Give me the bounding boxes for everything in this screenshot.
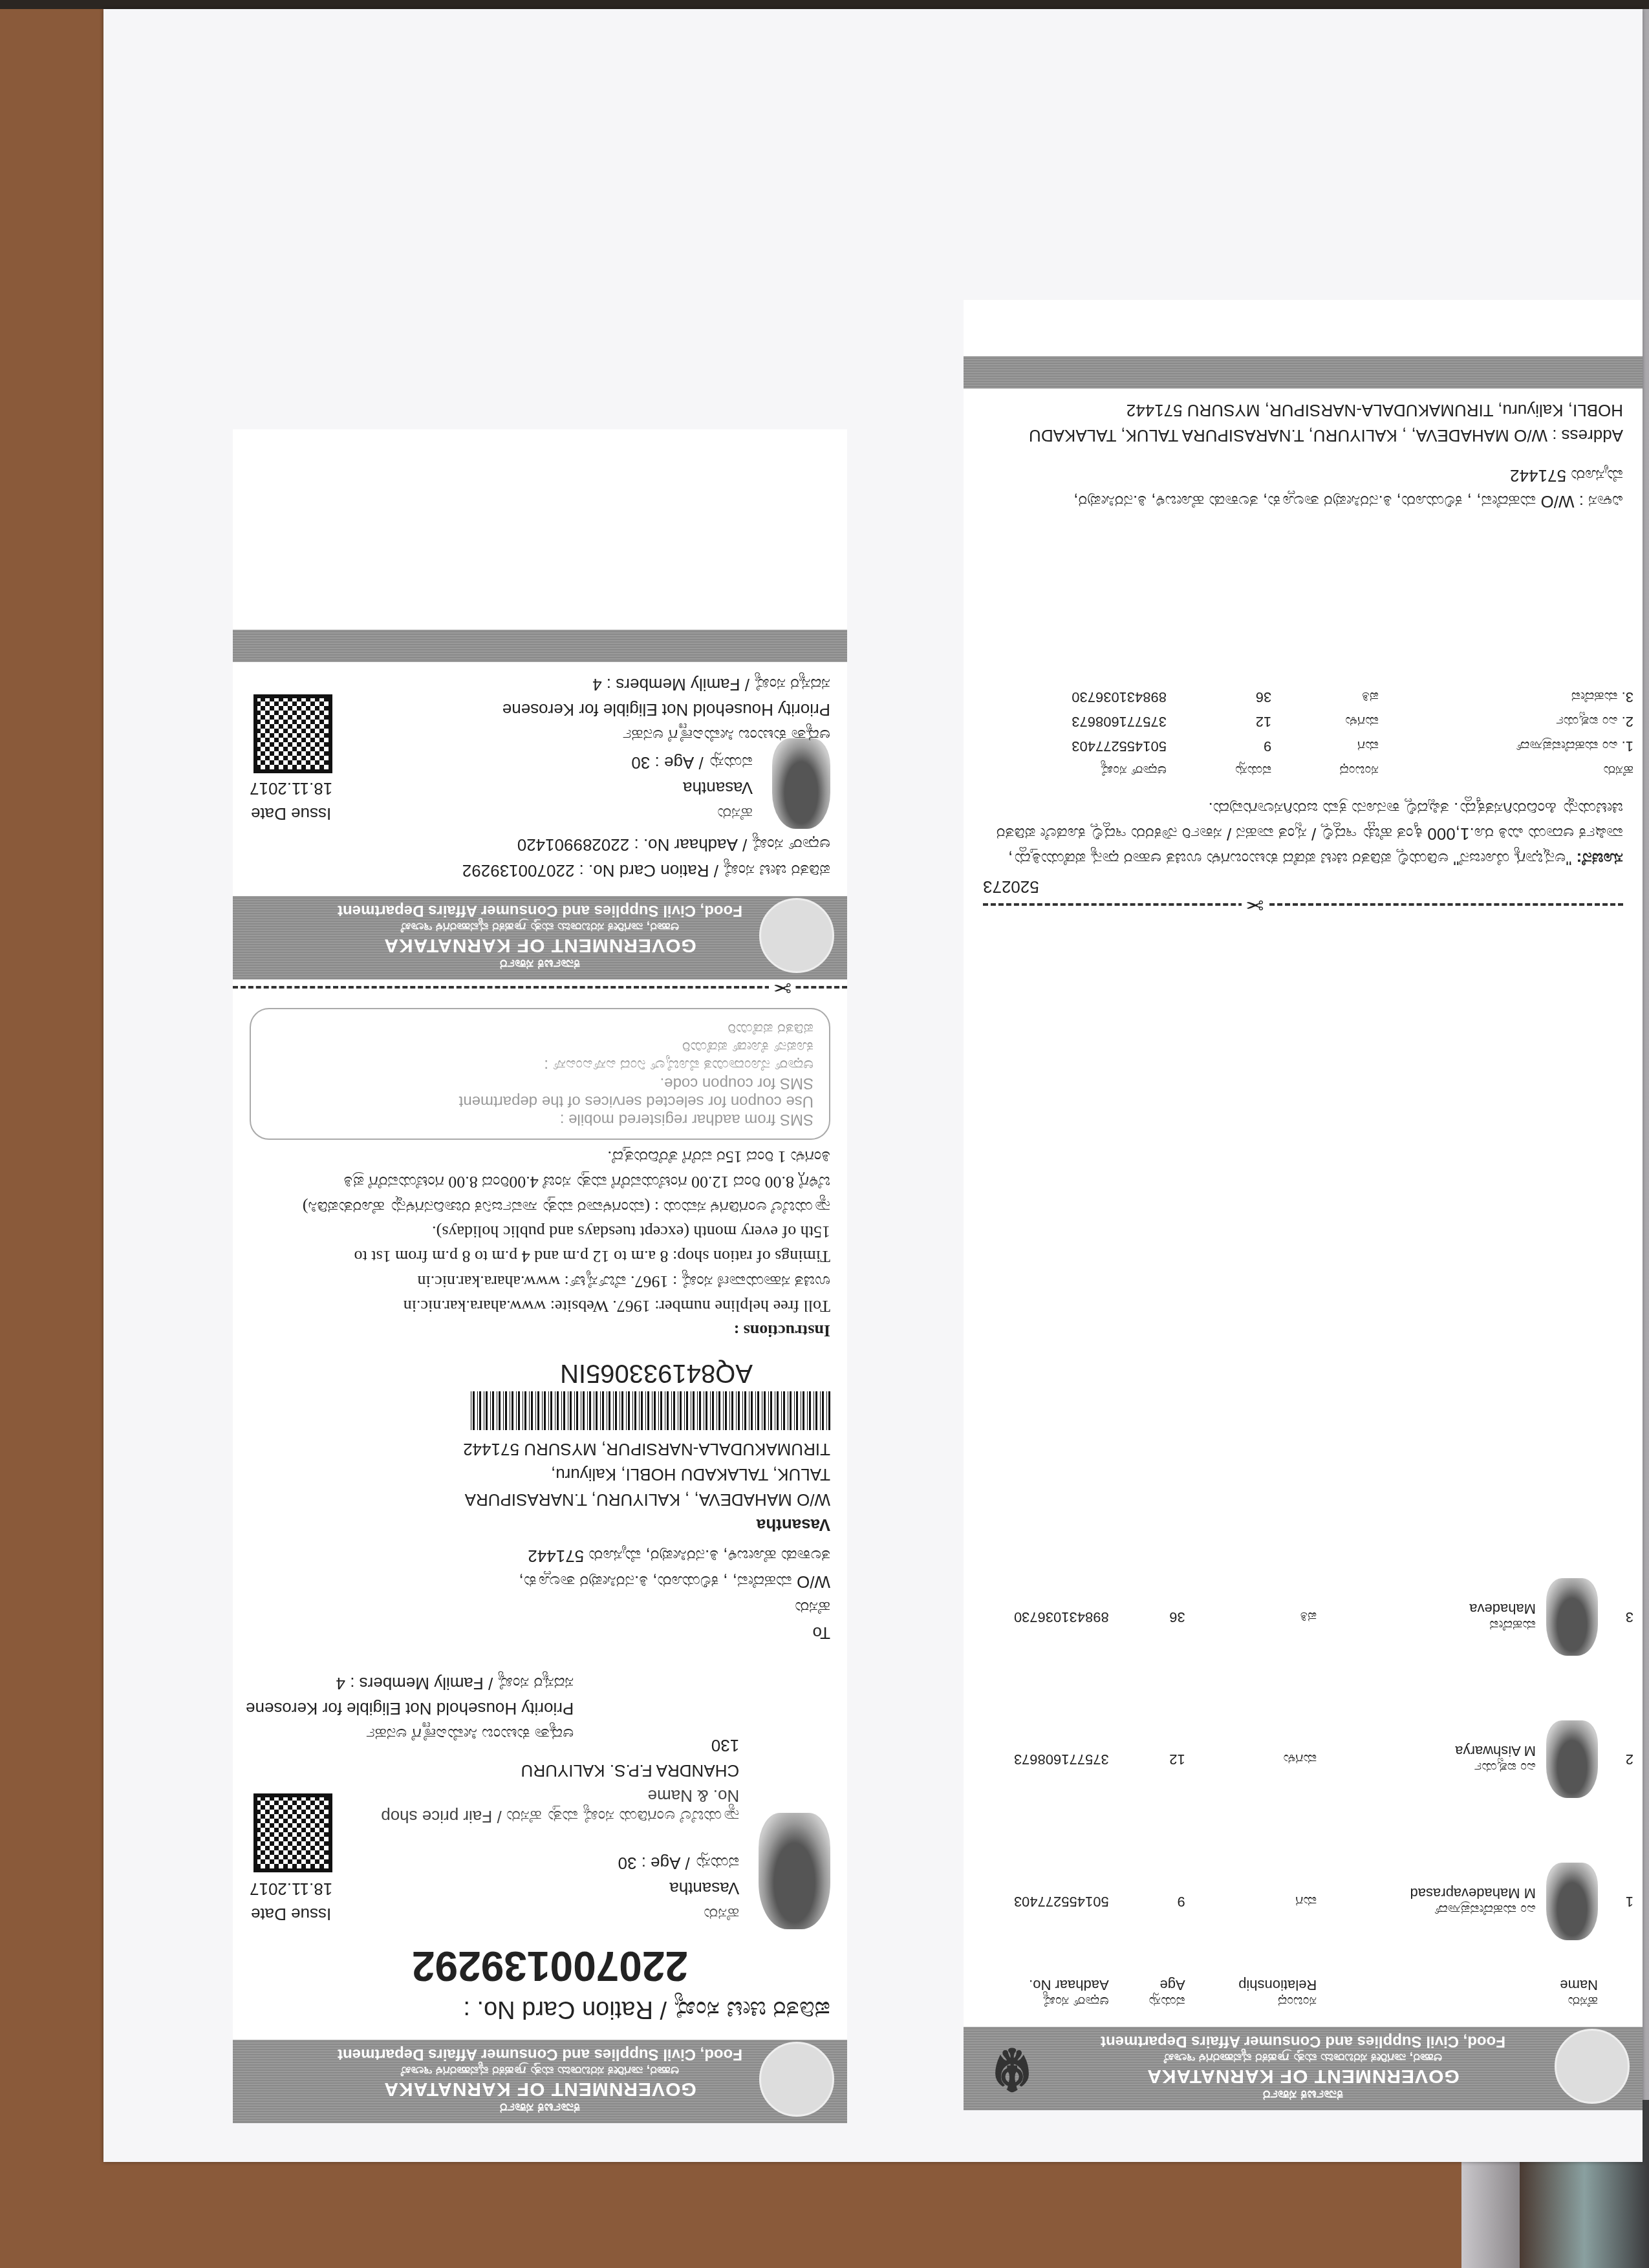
stub-age: 30 [631,753,650,773]
table-row: 1. ಎಂ ಮಹದೇವಪ್ರಸಾದ್ಮಗ9501455277403 [964,734,1643,758]
head-of-family-photo [759,1813,830,1929]
sms-note-box: SMS from aadhar registered mobile : Use … [250,1008,830,1140]
member-photo [1546,1578,1598,1656]
qr-code-icon [253,1793,332,1872]
member-name: 3. ಮಹದೇವ [1388,685,1643,709]
address-en-line2: TALUK, TALAKADU HOBLI, Kaliyuru, [250,1464,830,1484]
timings-kn-line1: ನ್ಯಾಯಬೆಲೆ ಅಂಗಡಿಗಳ ಸಮಯ : (ಮಂಗಳವಾರ ಮತ್ತು ಸ… [250,1197,830,1217]
table-row: 2ಎಂ ಐಶ್ವರ್ಯM Aishwaryaಮಗಳು12375771608673 [964,1688,1643,1830]
column-header: ಹೆಸರುName [1326,1973,1607,2014]
scissors-icon: ✂ [1242,892,1268,917]
stub-header-state-kn: ಕರ್ನಾಟಕ ಸರ್ಕಾರ [233,956,847,979]
header-dept-en: Food, Civil Supplies and Consumer Affair… [233,2040,847,2063]
stub-header-band: ಕರ್ನಾಟಕ ಸರ್ಕಾರ GOVERNMENT OF KARNATAKA ಆ… [233,896,847,979]
family-members-count: 4 [336,1674,345,1693]
letter-members-table: ಹೆಸರುಸಂಬಂಧವಯಸ್ಸುಆಧಾರ್ ಸಂಖ್ಯೆ 1. ಎಂ ಮಹದೇವ… [964,685,1643,783]
ration-card-mailer: ಕರ್ನಾಟಕ ಸರ್ಕಾರ GOVERNMENT OF KARNATAKA ಆ… [233,429,847,2123]
column-header: ಹೆಸರು [1388,758,1643,783]
members-header-dept-kn: ಆಹಾರ, ನಾಗರೀಕ ಸರಬರಾಜು ಮತ್ತು ಗ್ರಾಹಕರ ವ್ಯವಹ… [964,2050,1643,2065]
member-photo [1546,1720,1598,1798]
timings-kn-line3: ತಿಂಗಳು 1 ರಿಂದ 15ರ ವರೆಗೆ ತೆರೆದಿರುತ್ತದೆ. [250,1146,830,1166]
mailing-block: To ಹೆಸರು W/O ಮಹದೇವ, , ಕಲಿಯೂರು, ತಿ.ನರಸೀಪು… [233,1352,847,1654]
stub-name-label: ಹೆಸರು [631,803,753,824]
age: 12 [1176,709,1280,734]
aadhaar-number: 375771608673 [964,709,1176,734]
timings-en-line1: Timings of ration shop: 8 a.m to 12 p.m … [250,1246,830,1266]
age: 9 [1118,1830,1194,1973]
member-name-en: M Mahadevaprasad [1410,1885,1536,1901]
aadhaar-number: 501455277403 [964,1830,1118,1973]
scanned-document: ಕರ್ನಾಟಕ ಸರ್ಕಾರ GOVERNMENT OF KARNATAKA ಆ… [0,0,1649,2268]
header-state-en: GOVERNMENT OF KARNATAKA [233,2078,847,2100]
letter-address-en-line2: HOBLI, Kaliyuru, TIRUMAKUDALA-NARSIPUR, … [983,400,1623,420]
card-holder-name: Vasantha [352,1878,739,1898]
header-dept-kn: ಆಹಾರ, ನಾಗರೀಕ ಸರಬರಾಜು ಮತ್ತು ಗ್ರಾಹಕರ ವ್ಯವಹ… [233,2063,847,2078]
to-label: To [250,1623,830,1643]
table-row: 3. ಮಹದೇವಪತಿ36898431036730 [964,685,1643,709]
relationship: ಪತಿ [1280,685,1388,709]
family-members-label: ಸದಸ್ಯರ ಸಂಖ್ಯೆ / Family Members : [350,1674,574,1693]
letter-members-header: ಹೆಸರುಸಂಬಂಧವಯಸ್ಸುಆಧಾರ್ ಸಂಖ್ಯೆ [964,758,1643,783]
header-state-kn: ಕರ್ನಾಟಕ ಸರ್ಕಾರ [233,2100,847,2123]
members-table: ಹೆಸರುNameಸಂಬಂಧRelationshipವಯಸ್ಸುAgeಆಧಾರ್… [964,1546,1643,2014]
aadhaar-number: 375771608673 [964,1688,1118,1830]
address-en-line1: W/O MAHADEVA, , KALIYURU, T.NARASIPURA [250,1490,830,1510]
timings-kn-line2: ಬೆಳಿಗ್ಗೆ 8.00 ರಿಂದ 12.00 ಗಂಟೆಯವರೆಗೆ ಮತ್ತ… [250,1171,830,1192]
scanner-edge [0,0,1649,9]
member-name: 1. ಎಂ ಮಹದೇವಪ್ರಸಾದ್ [1388,734,1643,758]
serial-number: 1 [1607,1830,1643,1973]
stub-issue-date-label: Issue Date [250,804,332,824]
aadhaar-number: 501455277403 [964,734,1176,758]
column-header-en: Age [1127,1976,1185,1993]
member-name-kn: ಎಂ ಐಶ್ವರ್ಯ [1455,1759,1536,1776]
relationship: ಪತಿ [1194,1546,1326,1688]
column-header-kn: ಆಧಾರ್ ಸಂಖ್ಯೆ [973,1993,1109,2010]
postal-barcode-icon [468,1391,830,1430]
stub-ration-card-label: ಪಡಿತರ ಚೀಟಿ ಸಂಖ್ಯೆ / Ration Card No. : [579,861,830,881]
address-kn-line2: ತಲಕಾಡು ಹೋಬಳಿ, ತಿ.ನರಸೀಪುರ, ಮೈಸೂರು 571442 [250,1545,830,1566]
aadhaar-number: 898431036730 [964,1546,1118,1688]
column-header: ಆಧಾರ್ ಸಂಖ್ಯೆ [964,758,1176,783]
stub-header-dept-kn: ಆಹಾರ, ನಾಗರೀಕ ಸರಬರಾಜು ಮತ್ತು ಗ್ರಾಹಕರ ವ್ಯವಹ… [233,919,847,934]
department-logo-icon [759,2042,834,2117]
issue-date-label: Issue Date [250,1904,332,1924]
members-header-dept-en: Food, Civil Supplies and Consumer Affair… [964,2027,1643,2050]
members-header-state-en: GOVERNMENT OF KARNATAKA [964,2065,1643,2087]
letter-address-block: ವಿಳಾಸ : W/O ಮಹದೇವ, , ಕಲಿಯೂರು, ತಿ.ನರಸೀಪುರ… [964,389,1643,685]
address-kn-line1: W/O ಮಹದೇವ, , ಕಲಿಯೂರು, ತಿ.ನರಸೀಪುರ ತಾಲ್ಲೂಕ… [250,1571,830,1592]
cut-line: ✂ [983,903,1623,906]
helpline-en: Toll free helpline number: 1967. Website… [250,1296,830,1316]
column-header-en: Name [1335,1976,1598,1993]
relationship: ಮಗಳು [1194,1688,1326,1830]
sms-note-line2: Use coupon for selected services of the … [266,1092,814,1110]
stub-category-kn: ಆದ್ಯತಾ ಕುಟುಂಬ ಸೀಮೆಎಣ್ಣೆಗೆ ಅನರ್ಹ [502,725,830,745]
relationship: ಮಗ [1280,734,1388,758]
member-name-en: Mahadeva [1469,1600,1536,1617]
member-name: 2. ಎಂ ಐಶ್ವರ್ಯ [1388,709,1643,734]
serial-number: 3 [1607,1546,1643,1688]
sms-note-kn-line1: ಆಧಾರ್ ನೊಂದಾಯಿತ ಮೊಬೈಲ್ ನಿಂದ ಎಸ್ಎಂಎಸ್ : [266,1056,814,1074]
header-band: ಕರ್ನಾಟಕ ಸರ್ಕಾರ GOVERNMENT OF KARNATAKA ಆ… [233,2040,847,2123]
aadhaar-number: 898431036730 [964,685,1176,709]
letter-footer-band [964,356,1643,389]
table-row: 1ಎಂ ಮಹದೇವಪ್ರಸಾದ್M Mahadevaprasadಮಗ950145… [964,1830,1643,1973]
category-kn: ಆದ್ಯತಾ ಕುಟುಂಬ ಸೀಮೆಎಣ್ಣೆಗೆ ಅನರ್ಹ [246,1724,574,1744]
stub-qr-code-icon [253,694,332,773]
timings-en-line2: 15th of every month (except tuesdays and… [250,1222,830,1241]
age: 9 [1176,734,1280,758]
column-header-en: Relationship [1203,1976,1317,1993]
sms-note-kn-line2: ಕೂಪನ್ ಕೋಡ್ ಪಡೆಯಿರಿ [266,1038,814,1056]
members-header-band: ☬ ಕರ್ನಾಟಕ ಸರ್ಕಾರ GOVERNMENT OF KARNATAKA… [964,2027,1643,2110]
relationship: ಮಗ [1194,1830,1326,1973]
recipient-name: Vasantha [250,1515,830,1535]
column-header [1607,1973,1643,2014]
stub-category-en: Priority Household Not Eligible for Kero… [502,700,830,720]
instructions-heading: Instructions : [250,1321,830,1340]
column-header-kn: ಹೆಸರು [1335,1993,1598,2010]
ration-card-number: 220700139292 [250,1942,688,1990]
shop-name: CHANDRA F.P.S. KALIYURU [352,1760,739,1781]
column-header: ಆಧಾರ್ ಸಂಖ್ಯೆAadhaar No. [964,1973,1118,2014]
notice-block: ✂ 520273 ಸೂಚನೆ: "ಅನ್ನಭಾಗ್ಯ ಯೋಜನೆ" ಅಡಿಯಲ್… [964,796,1643,906]
stub-family-label: ಸದಸ್ಯರ ಸಂಖ್ಯೆ / Family Members : [607,675,830,694]
issue-date: 18.11.2017 [250,1879,332,1899]
age-label: ವಯಸ್ಸು / Age : [641,1854,740,1873]
age: 36 [1176,685,1280,709]
state-emblem-icon: ☬ [976,2033,1048,2104]
member-photo [1546,1863,1598,1940]
column-header-en: Aadhaar No. [973,1976,1109,1993]
stub-family-count: 4 [592,675,601,694]
stub-header-state-en: GOVERNMENT OF KARNATAKA [233,934,847,956]
instructions-block: Instructions : Toll free helpline number… [233,995,847,1352]
shop-label: ನ್ಯಾಯಬೆಲೆ ಅಂಗಡಿಯ ಸಂಖ್ಯೆ ಮತ್ತು ಹೆಸರು / Fa… [352,1786,739,1826]
member-name: ಎಂ ಐಶ್ವರ್ಯM Aishwarya [1326,1688,1607,1830]
age: 12 [1118,1688,1194,1830]
column-header: ವಯಸ್ಸು [1176,758,1280,783]
age: 36 [1118,1546,1194,1688]
stub-aadhaar-number: 220289901420 [517,835,630,855]
ration-card-body: ಪಡಿತರ ಚೀಟಿ ಸಂಖ್ಯೆ / Ration Card No. : 22… [233,1654,847,2040]
members-table-header: ಹೆಸರುNameಸಂಬಂಧRelationshipವಯಸ್ಸುAgeಆಧಾರ್… [964,1973,1643,2014]
column-header-kn: ಸಂಬಂಧ [1203,1993,1317,2010]
members-header-state-kn: ಕರ್ನಾಟಕ ಸರ್ಕಾರ [964,2087,1643,2110]
table-row: 2. ಎಂ ಐಶ್ವರ್ಯಮಗಳು12375771608673 [964,709,1643,734]
column-header: ಸಂಬಂಧRelationship [1194,1973,1326,2014]
name-label: ಹೆಸರು [352,1903,739,1924]
sms-note-kn-line3: ಪಡಿತರ ಪಡೆಯಿರಿ [266,1020,814,1038]
age-value: 30 [618,1854,637,1873]
department-logo-icon [759,898,834,973]
serial-number: 2 [1607,1688,1643,1830]
member-name-kn: ಎಂ ಮಹದೇವಪ್ರಸಾದ್ [1410,1901,1536,1918]
relationship: ಮಗಳು [1280,709,1388,734]
stub-ration-card-number: 220700139292 [462,861,575,881]
sms-note-line1: SMS from aadhar registered mobile : [266,1110,814,1128]
member-name-en: M Aishwarya [1455,1742,1536,1759]
member-name: ಎಂ ಮಹದೇವಪ್ರಸಾದ್M Mahadevaprasad [1326,1830,1607,1973]
helpline-kn: ಉಚಿತ ಸಹಾಯವಾಣಿ ಸಂಖ್ಯೆ : 1967. ವೆಬ್‌ಸೈಟ್: … [250,1271,830,1291]
department-logo-icon [1555,2029,1630,2104]
stub-photo [772,738,830,829]
stub-age-label: ವಯಸ್ಸು / Age : [655,753,753,773]
to-name-kn: ಹೆಸರು [250,1597,830,1618]
column-header-kn: ವಯಸ್ಸು [1127,1993,1185,2010]
cut-line: ✂ [233,986,847,989]
stub-aadhaar-label: ಆಧಾರ್ ಸಂಖ್ಯೆ / Aadhaar No. : [634,835,830,855]
paper-sheet: ಕರ್ನಾಟಕ ಸರ್ಕಾರ GOVERNMENT OF KARNATAKA ಆ… [103,9,1643,2162]
stub-issue-date: 18.11.2017 [250,778,332,798]
column-header: ವಯಸ್ಸುAge [1118,1973,1194,2014]
barcode-text: AQ841933065IN [250,1358,753,1387]
ration-card-label: ಪಡಿತರ ಚೀಟಿ ಸಂಖ್ಯೆ / Ration Card No. : [250,1995,830,2023]
letter-address-en-line1: Address : W/O MAHADEVA, , KALIYURU, T.NA… [983,425,1623,445]
letter-address-kn-line1: ವಿಳಾಸ : W/O ಮಹದೇವ, , ಕಲಿಯೂರು, ತಿ.ನರಸೀಪುರ… [983,491,1623,511]
family-members-sheet: ☬ ಕರ್ನಾಟಕ ಸರ್ಕಾರ GOVERNMENT OF KARNATAKA… [964,300,1643,2110]
letter-code: 520273 [983,877,1623,897]
sms-note-line3: SMS for coupon code. [266,1074,814,1092]
notice-label: ಸೂಚನೆ: [1577,850,1623,869]
stub-footer-band [233,630,847,662]
stub-body: ಪಡಿತರ ಚೀಟಿ ಸಂಖ್ಯೆ / Ration Card No. : 22… [233,662,847,896]
letter-address-kn-line2: ಮೈಸೂರು 571442 [983,465,1623,486]
member-name: ಮಹದೇವMahadeva [1326,1546,1607,1688]
member-name-kn: ಮಹದೇವ [1469,1617,1536,1634]
notice-text: "ಅನ್ನಭಾಗ್ಯ ಯೋಜನೆ" ಅಡಿಯಲ್ಲಿ ಪಡಿತರ ಚೀಟಿ ಪಡ… [997,799,1623,869]
table-row: 3ಮಹದೇವMahadevaಪತಿ36898431036730 [964,1546,1643,1688]
stub-header-dept-en: Food, Civil Supplies and Consumer Affair… [233,896,847,919]
address-en-line3: TIRUMAKUDALA-NARSIPUR, MYSURU 571442 [250,1439,830,1459]
column-header: ಸಂಬಂಧ [1280,758,1388,783]
stub-name: Vasantha [631,778,753,798]
category-en: Priority Household Not Eligible for Kero… [246,1698,574,1718]
